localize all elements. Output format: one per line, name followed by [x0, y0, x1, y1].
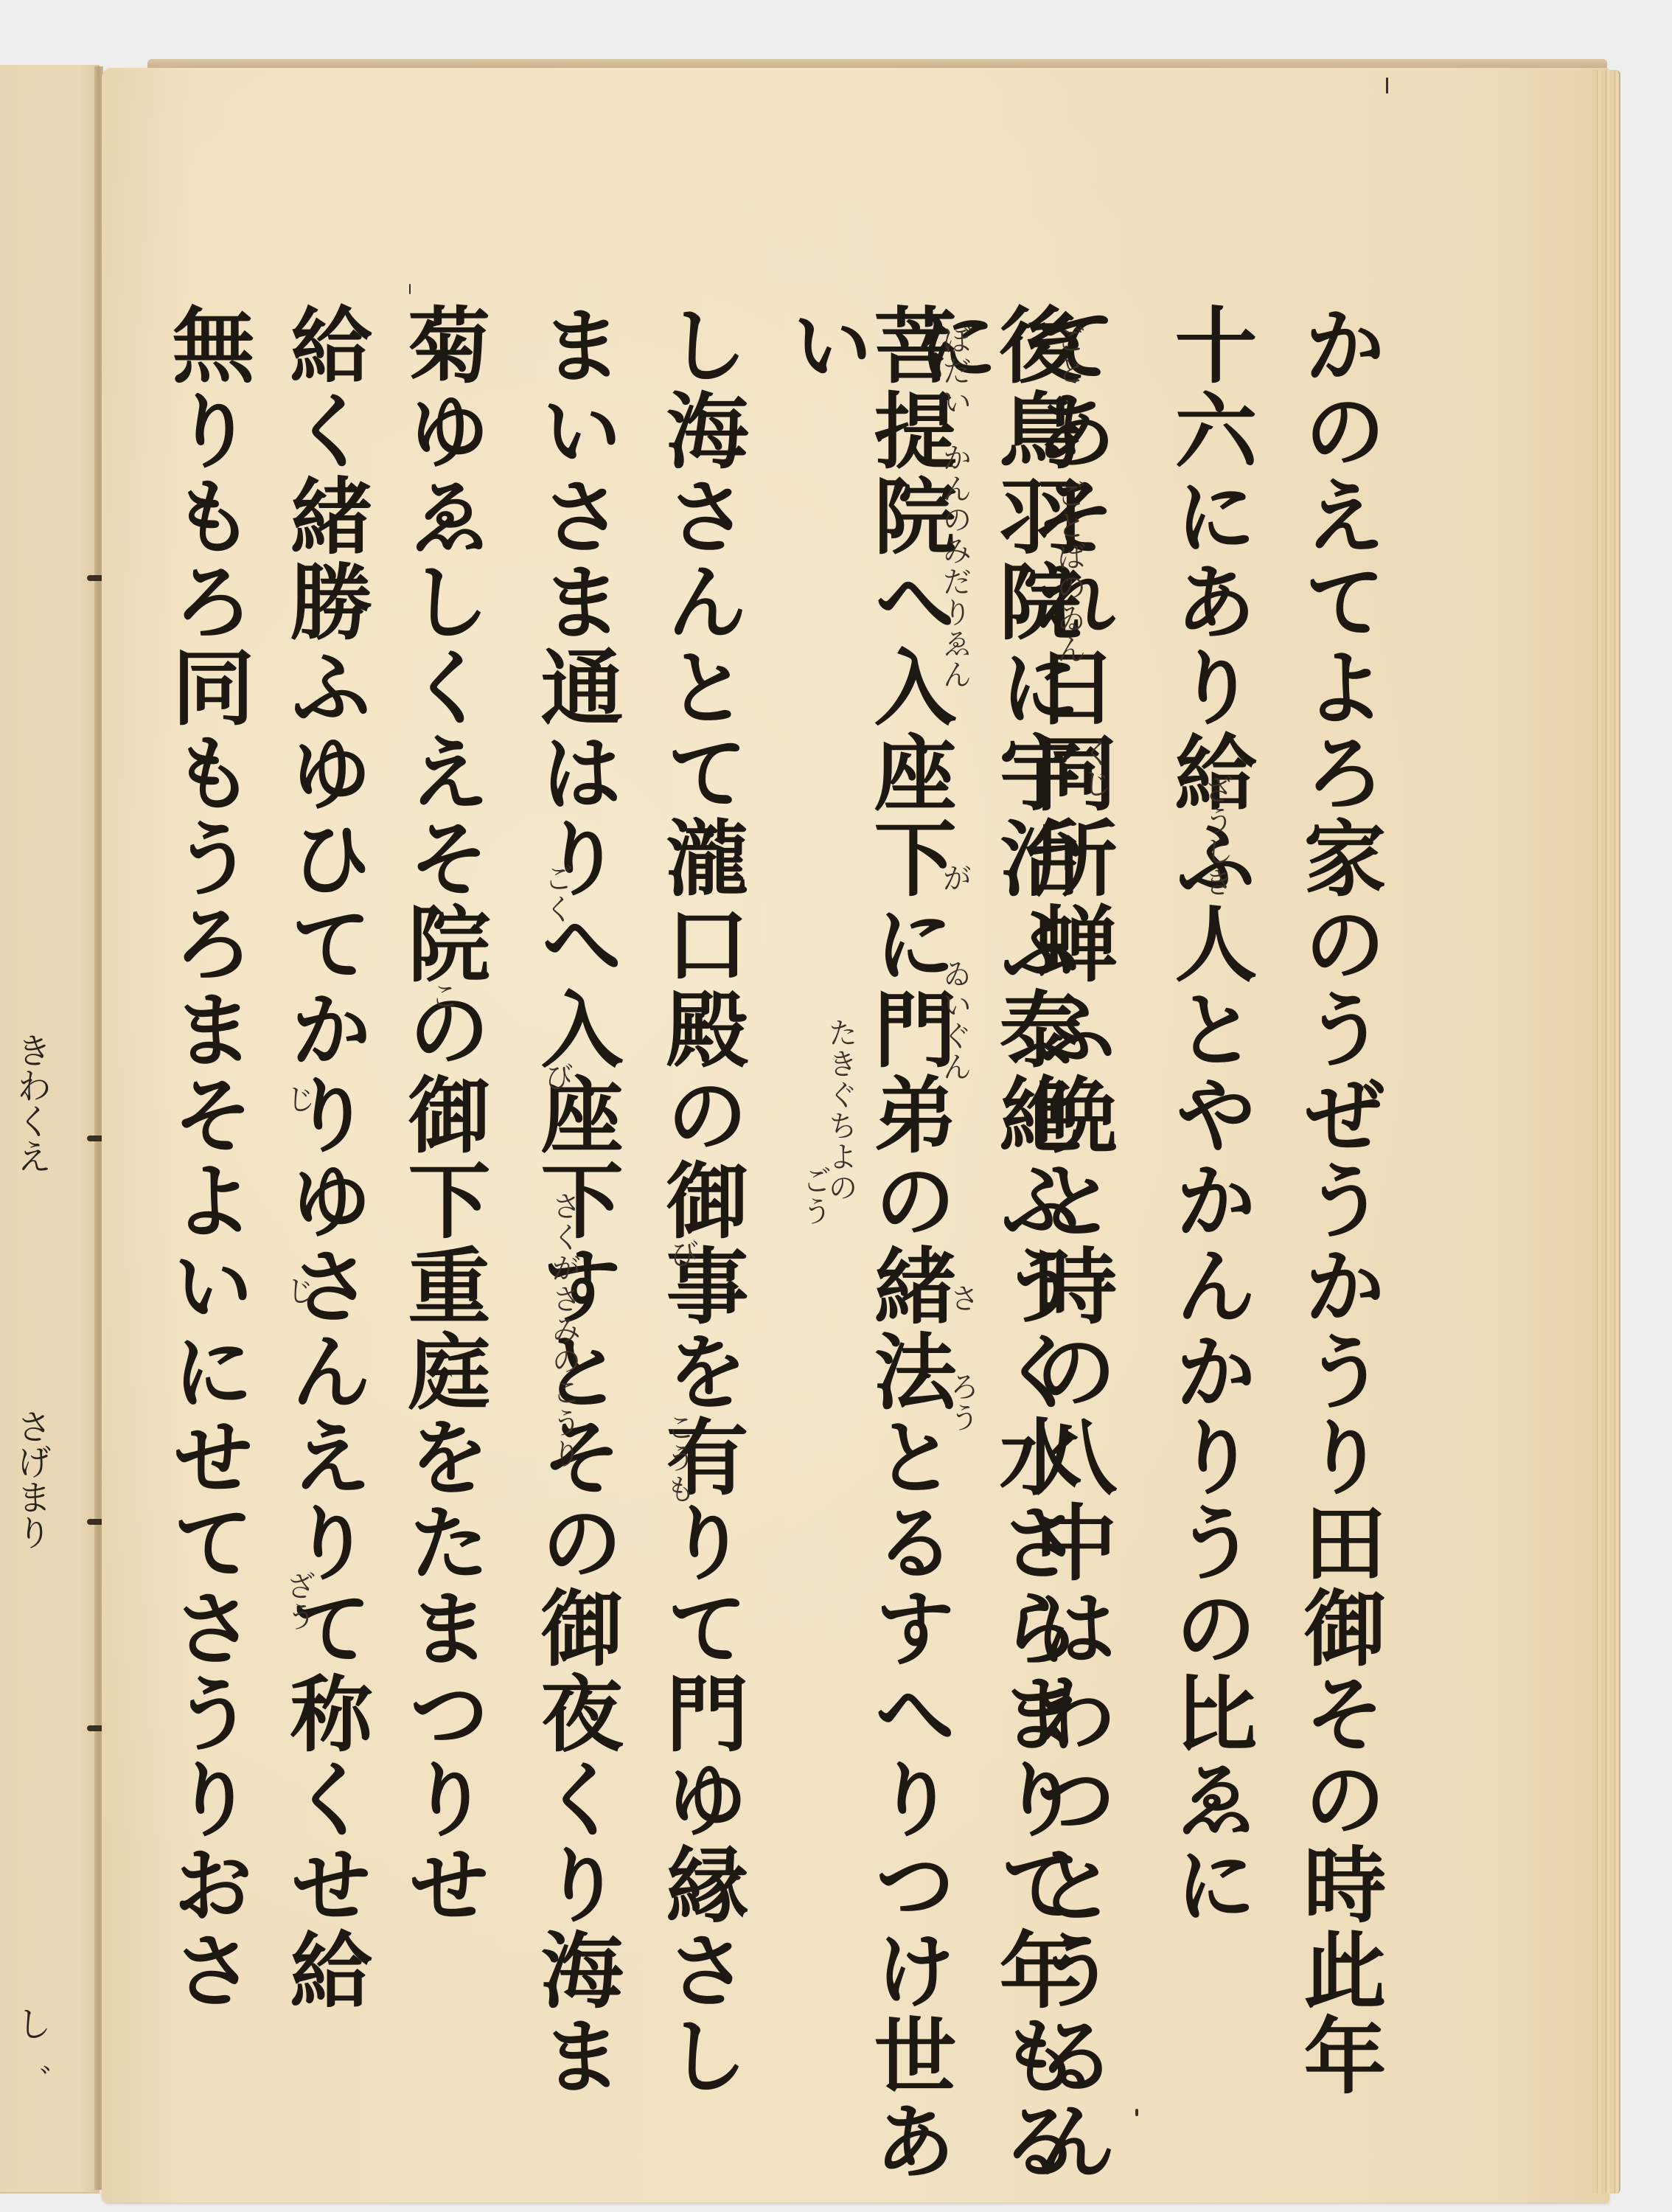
furigana: ごう — [800, 1165, 829, 1227]
left-page-text: きわくえ — [6, 1032, 57, 1174]
text-column: かのえてよろ家のうぜうかうり田御その時此年 — [1297, 302, 1379, 2098]
furigana: が — [940, 863, 969, 894]
ink-speck — [1135, 2109, 1138, 2116]
text-column: 無りもろ同もうろまそよいにせてさうりおさ — [165, 302, 248, 2013]
furigana: さ — [947, 1283, 977, 1314]
furigana: じ — [284, 1276, 313, 1307]
left-page-text: し゛ — [6, 2006, 57, 2076]
furigana: ざうしき — [1202, 774, 1231, 898]
furigana: ぼだい — [940, 324, 969, 417]
furigana: くじ — [1080, 737, 1110, 799]
furigana: こうも — [663, 1412, 693, 1505]
ink-speck — [1386, 77, 1388, 94]
furigana: ごとばのゐん — [1054, 479, 1084, 665]
furigana: び — [667, 1239, 697, 1270]
text-column: 給く緒勝ふゆひてかりゆさんえりて称くせ給 — [283, 302, 366, 2013]
ink-speck — [409, 284, 411, 294]
left-page: きわくえさげまりし゛ — [0, 65, 100, 2194]
furigana: び — [542, 1062, 571, 1093]
furigana: ざう — [284, 1571, 313, 1632]
left-page-text: さげまり — [6, 1408, 57, 1550]
furigana: ろう — [947, 1371, 977, 1433]
furigana: さくがさみのこうり — [549, 1191, 579, 1470]
stacked-page-edges — [1592, 70, 1620, 2194]
furigana: ごと — [1054, 324, 1084, 386]
furigana: ごく — [542, 863, 571, 925]
text-column: 菩提院へ入座下に門弟の緒法とるすへりつけ世あい — [784, 302, 950, 2212]
furigana: かんのみだりゑん — [940, 442, 969, 690]
text-column: し海さんとて瀧口殿の御事を有りて門ゆ縁さし — [659, 302, 742, 2098]
furigana: じ — [284, 1084, 313, 1115]
furigana: こ — [428, 981, 457, 1012]
text-column: 十六にあり給ふ人とやかんかりうの比ゑに — [1168, 302, 1250, 1927]
text-column: 菊ゆゑしくえそ院の御下重庭をたまつりせ — [401, 302, 484, 1927]
furigana: ゐいぐん — [940, 959, 969, 1082]
